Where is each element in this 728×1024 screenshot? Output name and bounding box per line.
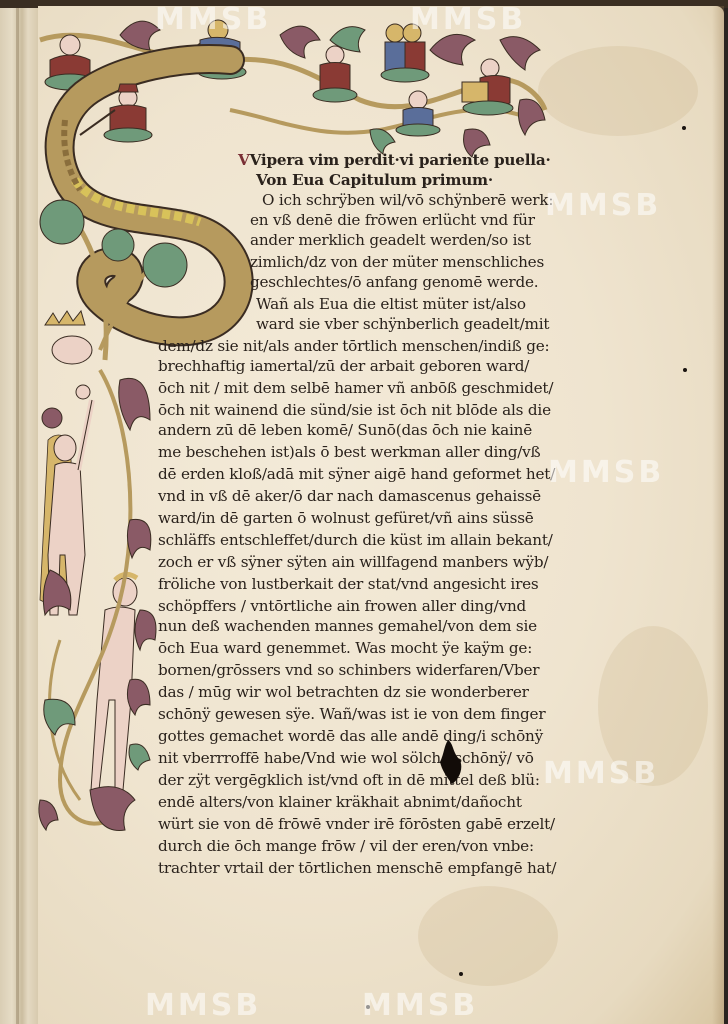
latin-motto-text: Vipera vim perdit·vi pariente puella· (250, 151, 551, 169)
text-line: ōch nit wainend die sünd/sie ist ōch nit… (158, 400, 551, 420)
text-line: schläffs entschleffet/durch die küst im … (158, 530, 553, 550)
text-line: bornen/grōssers vnd so schinbers widerfa… (158, 660, 539, 680)
text-line: O ich schrÿben wil/vō schÿnberē werk: (262, 190, 553, 210)
text-line: trachter vrtail der tōrtlichen menschē e… (158, 858, 556, 878)
text-line: nun deß wachenden mannes gemahel/von dem… (158, 616, 537, 636)
text-line: dem/dz sie nit/als ander tōrtlich mensch… (158, 336, 549, 356)
text-line: endē alters/von klainer kräkhait abnimt/… (158, 792, 522, 812)
text-line: gottes gemachet wordē das alle andē ding… (158, 726, 543, 746)
chapter-title: Von Eua Capitulum primum· (256, 170, 493, 190)
text-line: ward sie vber schÿnberlich geadelt/mit (256, 314, 549, 334)
text-line: ōch nit / mit dem selbē hamer vñ anbōß g… (158, 378, 553, 398)
text-line: andern zū dē leben komē/ Sunō(das ōch ni… (158, 420, 532, 440)
figure-seated-top (313, 46, 357, 102)
page-speck (459, 972, 463, 976)
text-line: Wañ als Eua die eltist müter ist/also (256, 294, 526, 314)
text-line: zimlich/dz von der müter menschliches (250, 252, 544, 272)
text-line: durch die ōch mange frōw / vil der eren/… (158, 836, 534, 856)
ink-blot-damage (440, 740, 464, 784)
page-speck (683, 368, 687, 372)
rubric-initial: V (238, 151, 250, 169)
watermark: MMSB (362, 988, 478, 1023)
text-line: fröliche von lustberkait der stat/vnd an… (158, 574, 539, 594)
text-line: ward/in dē garten ō wolnust gefüret/vñ a… (158, 508, 534, 528)
latin-motto: VVipera vim perdit·vi pariente puella· (238, 150, 551, 170)
text-line: dē erden kloß/adā mit sÿner aigē hand ge… (158, 464, 555, 484)
watermark: MMSB (145, 988, 261, 1023)
crowned-serpent-head (45, 311, 92, 399)
watermark: MMSB (410, 2, 526, 37)
page-speck (682, 126, 686, 130)
text-line: vnd in vß dē aker/ō dar nach damascenus … (158, 486, 541, 506)
text-line: zoch er vß sÿner sÿten ain willfagend ma… (158, 552, 548, 572)
text-line: schöpffers / vntōrtliche ain frowen alle… (158, 596, 526, 616)
text-line: schōnÿ gewesen sÿe. Wañ/was ist ie von d… (158, 704, 545, 724)
text-line: brechhaftig iamertal/zū der arbait gebor… (158, 356, 529, 376)
text-line: ander merklich geadelt werden/so ist (250, 230, 531, 250)
text-line: das / mūg wir wol betrachten dz sie wond… (158, 682, 529, 702)
text-line: nit vberrroffē habe/Vnd wie wol sölche s… (158, 748, 534, 768)
text-line: würt sie von dē frōwē vnder irē fōrōsten… (158, 814, 555, 834)
watermark: MMSB (548, 455, 664, 490)
watermark: MMSB (155, 2, 271, 37)
figure-man-at-chest (462, 59, 513, 115)
text-line: geschlechtes/ō anfang genomē werde. (250, 272, 538, 292)
watermark: MMSB (543, 756, 659, 791)
watermark: MMSB (545, 188, 661, 223)
text-line: me beschehen ist)als ō best werkman alle… (158, 442, 540, 462)
text-line: ōch Eua ward genemmet. Was mocht ÿe kaÿm… (158, 638, 532, 658)
text-line: en vß denē die frōwen erlücht vnd für (250, 210, 535, 230)
text-line: der zÿt vergēgklich ist/vnd oft in dē mi… (158, 770, 540, 790)
serpent-initial-s (60, 59, 239, 331)
